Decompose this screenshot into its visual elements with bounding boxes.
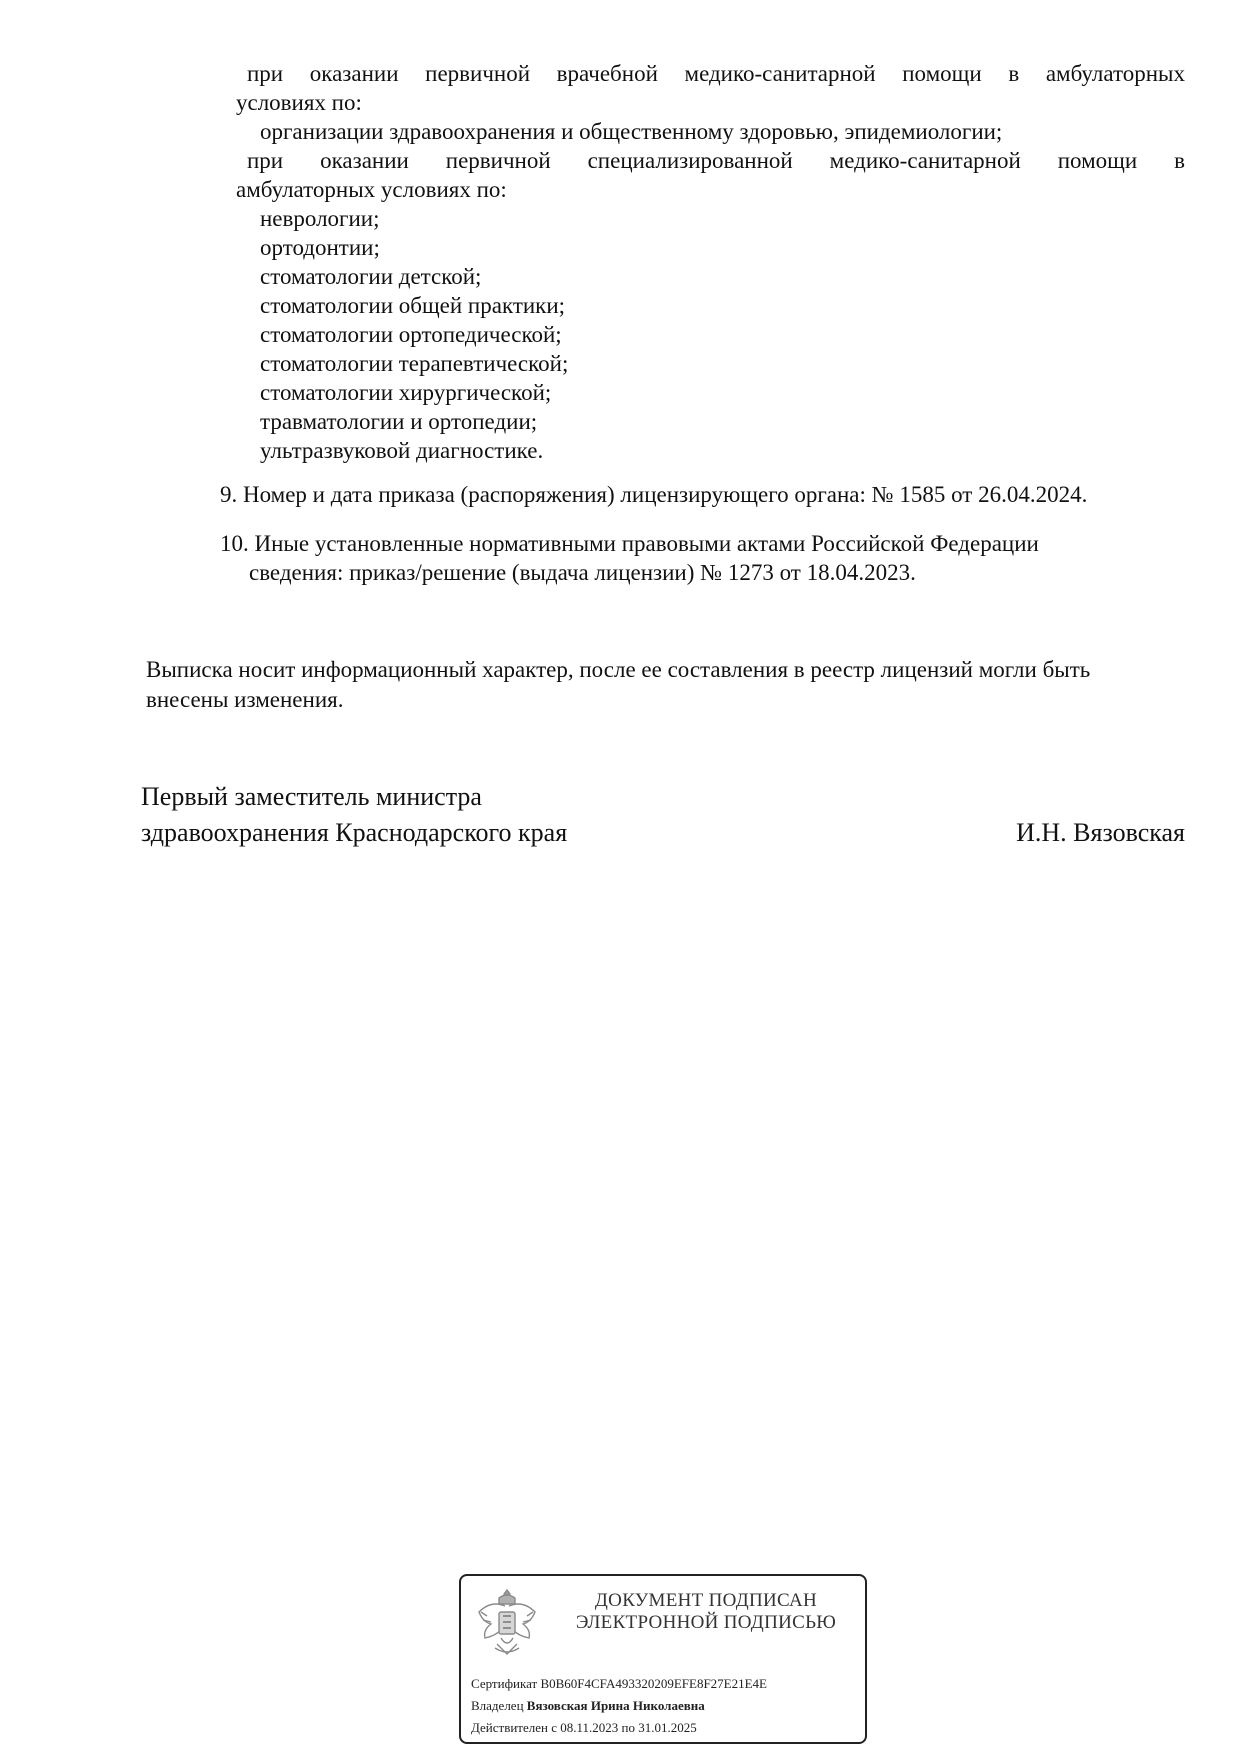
paragraph-specialized-care-line2: амбулаторных условиях по: — [236, 175, 507, 204]
signatory-position-line1: Первый заместитель министра — [141, 780, 482, 814]
signatory-name: И.Н. Вязовская — [1016, 816, 1185, 850]
list-item: ортодонтии; — [260, 233, 380, 262]
owner-value: Вязовская Ирина Николаевна — [527, 1698, 705, 1713]
list-item: травматологии и ортопедии; — [260, 407, 537, 436]
list-item: стоматологии детской; — [260, 262, 481, 291]
list-item: неврологии; — [260, 204, 380, 233]
item-9-order-number: 9. Номер и дата приказа (распоряжения) л… — [220, 480, 1087, 509]
e-signature-title-line2: ЭЛЕКТРОННОЙ ПОДПИСЬЮ — [561, 1612, 851, 1634]
disclaimer-line1: Выписка носит информационный характер, п… — [146, 655, 1090, 684]
certificate-row: Сертификат B0B60F4CFA493320209EFE8F27E21… — [471, 1676, 767, 1692]
russian-coat-of-arms-icon — [475, 1586, 539, 1658]
owner-row: Владелец Вязовская Ирина Николаевна — [471, 1698, 705, 1714]
paragraph-specialized-care-line1: при оказании первичной специализированно… — [247, 146, 1185, 175]
item-10-line2: сведения: приказ/решение (выдача лицензи… — [249, 558, 916, 587]
signatory-position-line2: здравоохранения Краснодарского края — [141, 816, 567, 850]
validity-period: Действителен с 08.11.2023 по 31.01.2025 — [471, 1720, 697, 1736]
paragraph-primary-care-line2: условиях по: — [236, 88, 362, 117]
list-item: стоматологии общей практики; — [260, 291, 565, 320]
e-signature-stamp: ДОКУМЕНТ ПОДПИСАН ЭЛЕКТРОННОЙ ПОДПИСЬЮ С… — [459, 1574, 867, 1744]
owner-label: Владелец — [471, 1698, 524, 1713]
certificate-value: B0B60F4CFA493320209EFE8F27E21E4E — [540, 1676, 767, 1691]
item-10-line1: 10. Иные установленные нормативными прав… — [220, 529, 1039, 558]
e-signature-title-line1: ДОКУМЕНТ ПОДПИСАН — [561, 1590, 851, 1612]
disclaimer-line2: внесены изменения. — [146, 685, 343, 714]
e-signature-title: ДОКУМЕНТ ПОДПИСАН ЭЛЕКТРОННОЙ ПОДПИСЬЮ — [561, 1590, 851, 1634]
paragraph-primary-care-line1: при оказании первичной врачебной медико-… — [247, 59, 1185, 88]
list-item: стоматологии ортопедической; — [260, 320, 562, 349]
list-item: ультразвуковой диагностике. — [260, 436, 543, 465]
list-item: стоматологии терапевтической; — [260, 349, 568, 378]
list-item: стоматологии хирургической; — [260, 378, 551, 407]
list-item: организации здравоохранения и общественн… — [260, 117, 1002, 146]
certificate-label: Сертификат — [471, 1676, 537, 1691]
